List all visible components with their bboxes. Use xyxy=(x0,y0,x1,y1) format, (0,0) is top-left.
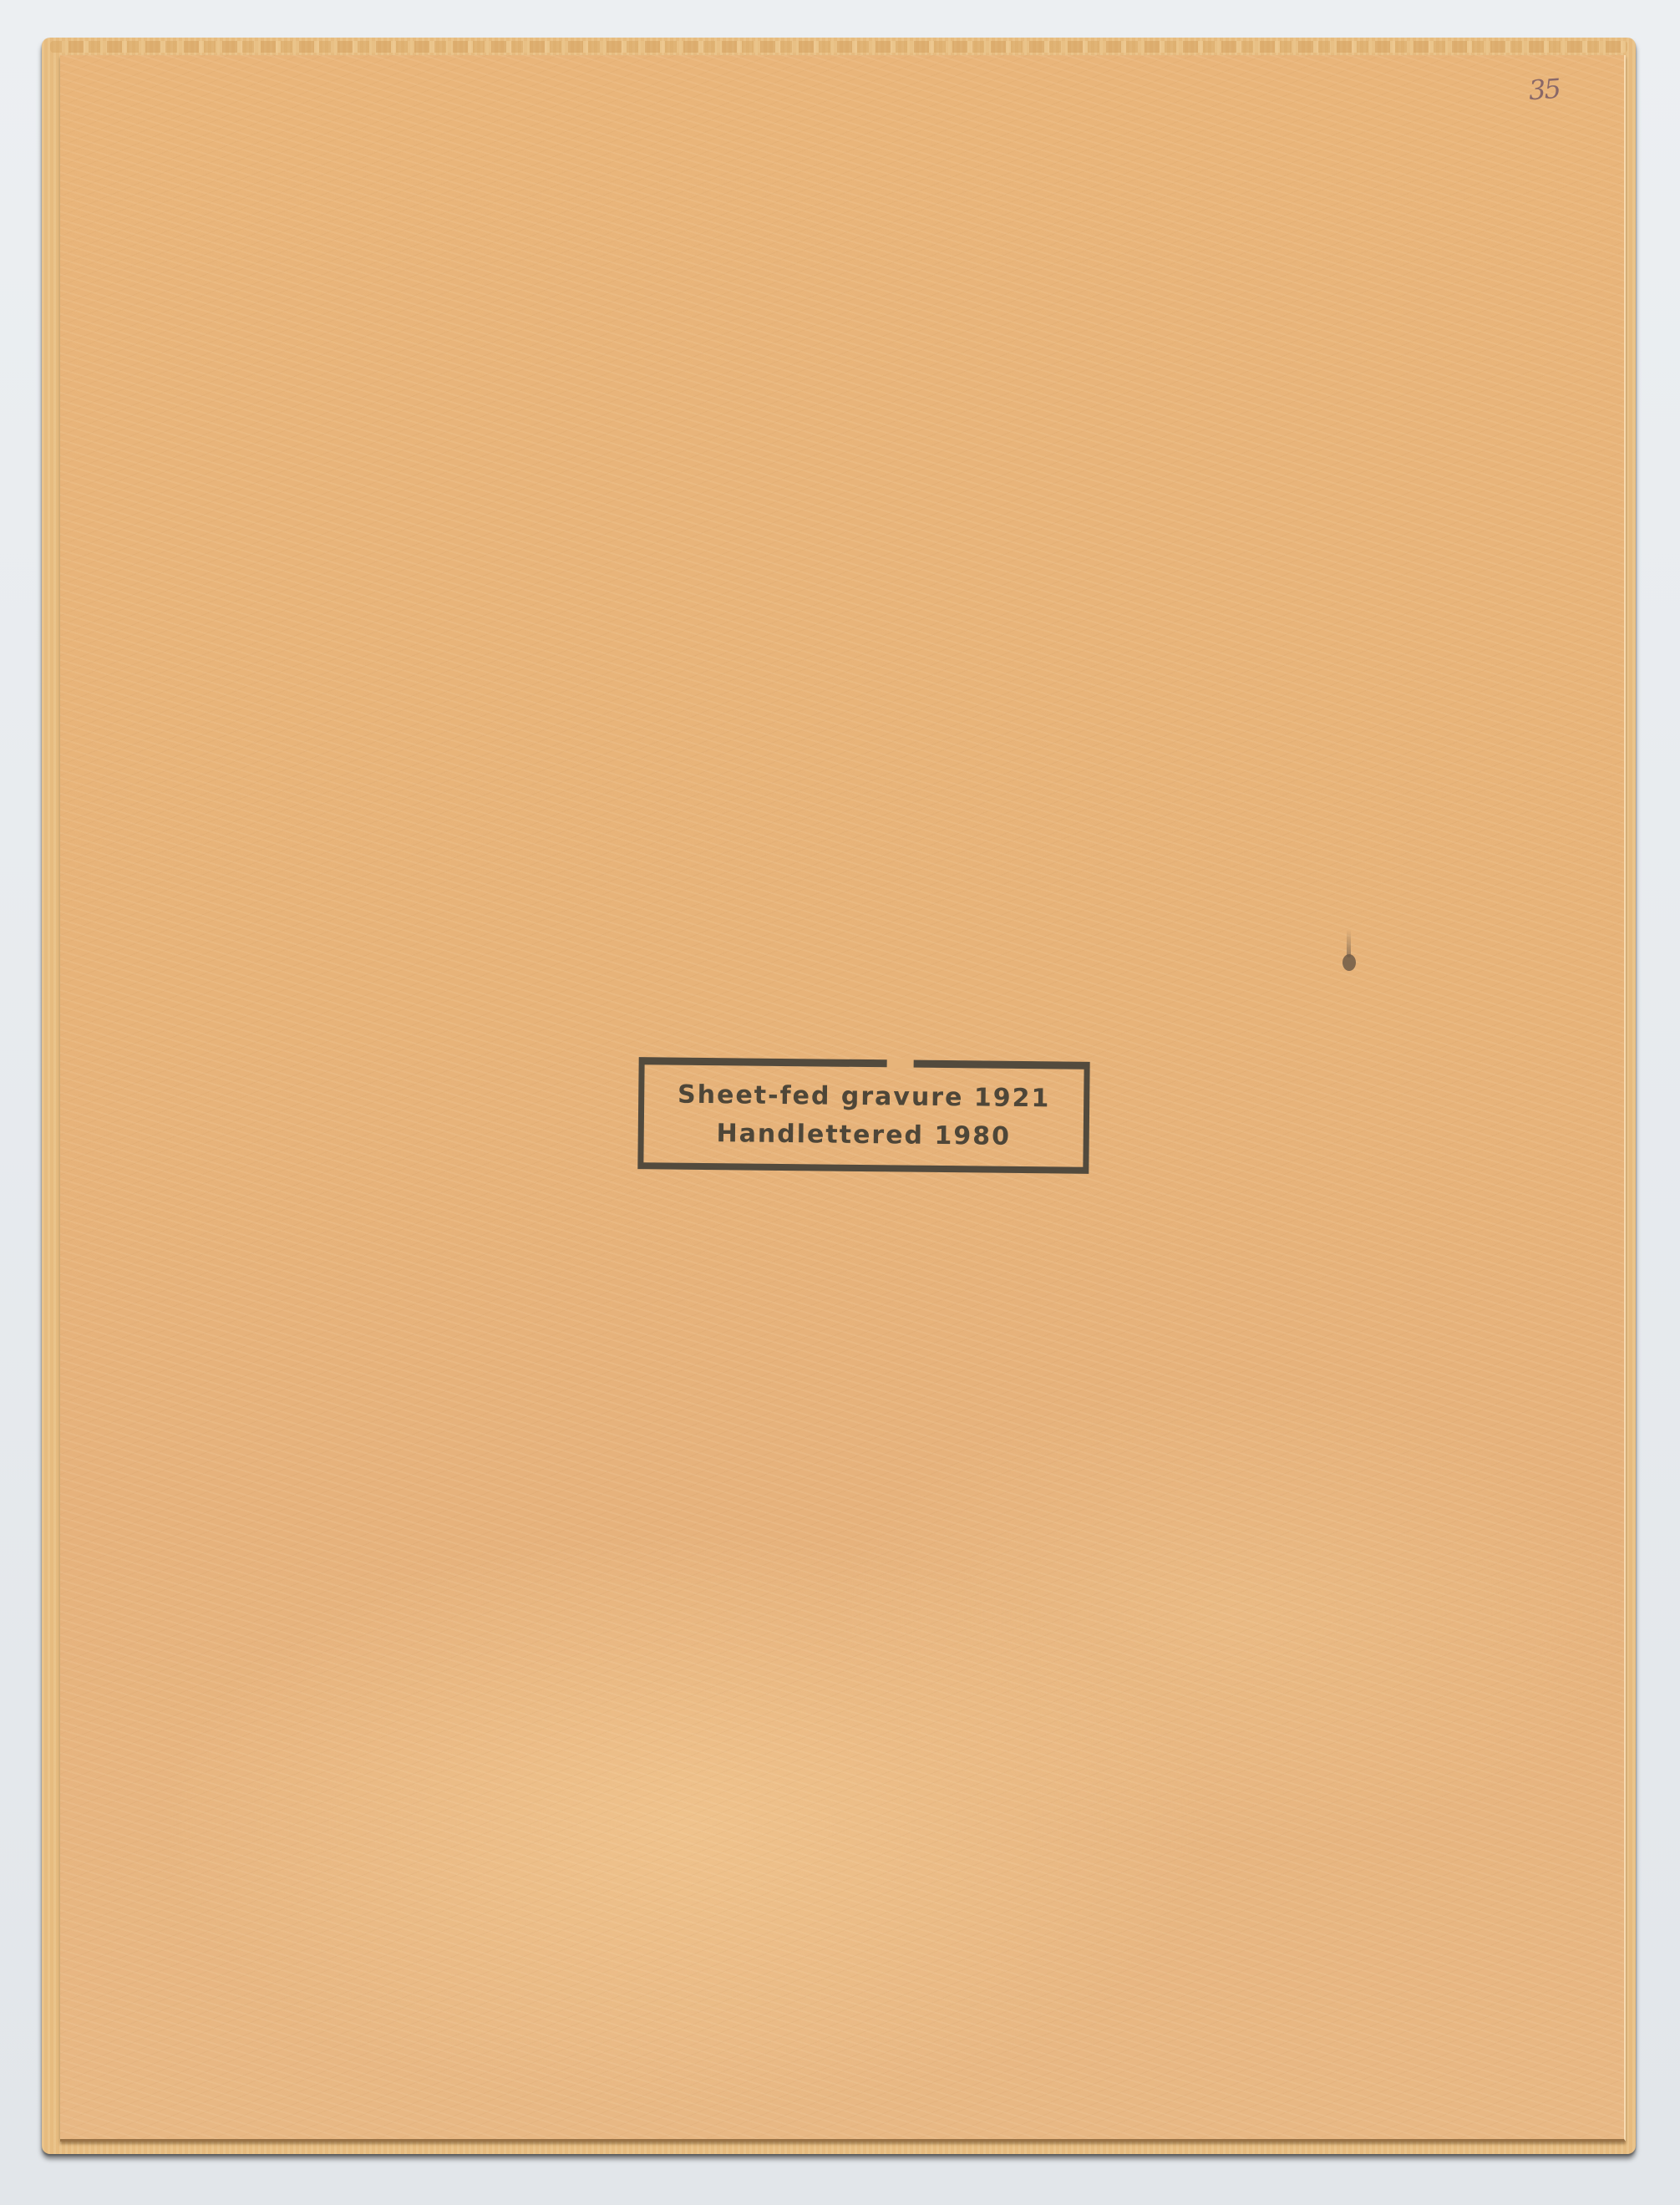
ink-drip-tail xyxy=(1347,929,1351,958)
stamp-line-lettering: Handlettered 1980 xyxy=(716,1116,1011,1155)
deckle-edge xyxy=(50,41,1627,53)
ink-drip-head xyxy=(1342,954,1356,971)
pencil-corner-note: 35 xyxy=(1528,73,1561,106)
rubber-stamp: Sheet-fed gravure 1921 Handlettered 1980 xyxy=(637,1057,1089,1174)
stamp-line-printing: Sheet-fed gravure 1921 xyxy=(678,1077,1051,1116)
ink-drip-icon xyxy=(1342,929,1356,971)
